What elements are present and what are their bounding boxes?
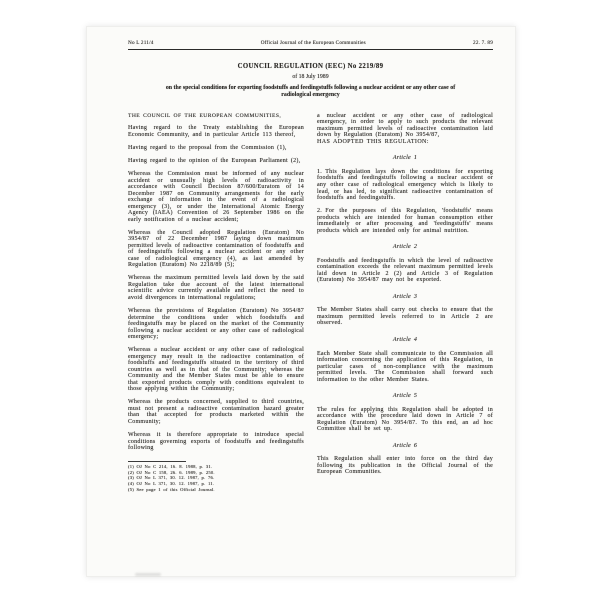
recital-paragraph: Whereas the maximum permitted levels lai… (128, 275, 304, 301)
recital-paragraph: Whereas the provisions of Regulation (Eu… (128, 308, 304, 341)
article-paragraph: This Regulation shall enter into force o… (317, 456, 493, 476)
recital-paragraph: Whereas a nuclear accident or any other … (128, 347, 304, 393)
running-header: No L 211/4 Official Journal of the Europ… (128, 40, 493, 46)
header-rule (128, 49, 493, 50)
article-3: Article 3 The Member States shall carry … (317, 294, 493, 327)
article-heading: Article 1 (317, 155, 493, 162)
body-columns: THE COUNCIL OF THE EUROPEAN COMMUNITIES,… (128, 113, 493, 492)
regulation-date: of 18 July 1989 (128, 74, 493, 80)
preamble-opening: THE COUNCIL OF THE EUROPEAN COMMUNITIES, (128, 113, 304, 119)
article-5: Article 5 The rules for applying this Re… (317, 393, 493, 433)
right-column: a nuclear accident or any other case of … (317, 113, 493, 492)
article-heading: Article 6 (317, 443, 493, 450)
footnote-block: (1) OJ No C 214, 16. 8. 1988, p. 31. (2)… (128, 461, 304, 492)
article-2: Article 2 Foodstuffs and feedingstuffs i… (317, 244, 493, 284)
footnote-item: (5) See page 1 of this Official Journal. (128, 487, 304, 493)
footnote-rule (128, 461, 186, 462)
recital-paragraph: Whereas the Commission must be informed … (128, 171, 304, 223)
citation-paragraph: Having regard to the opinion of the Euro… (128, 158, 304, 165)
citation-paragraph: Having regard to the proposal from the C… (128, 145, 304, 152)
scanned-journal-page: No L 211/4 Official Journal of the Europ… (86, 26, 516, 577)
screenshot-canvas: No L 211/4 Official Journal of the Europ… (0, 0, 600, 600)
article-4: Article 4 Each Member State shall commun… (317, 337, 493, 383)
article-paragraph: Foodstuffs and feedingstuffs in which th… (317, 258, 493, 284)
header-date: 22. 7. 89 (473, 40, 493, 46)
journal-title: Official Journal of the European Communi… (154, 40, 473, 46)
article-paragraph: The rules for applying this Regulation s… (317, 407, 493, 433)
article-1: Article 1 1. This Regulation lays down t… (317, 155, 493, 234)
page-content: No L 211/4 Official Journal of the Europ… (128, 40, 493, 492)
article-paragraph: Each Member State shall communicate to t… (317, 351, 493, 384)
scan-artifact (135, 573, 161, 576)
title-block: COUNCIL REGULATION (EEC) No 2219/89 of 1… (128, 63, 493, 100)
article-heading: Article 2 (317, 244, 493, 251)
article-heading: Article 5 (317, 393, 493, 400)
left-column: THE COUNCIL OF THE EUROPEAN COMMUNITIES,… (128, 113, 304, 492)
recital-continuation: a nuclear accident or any other case of … (317, 113, 493, 139)
issue-number: No L 211/4 (128, 40, 154, 46)
article-6: Article 6 This Regulation shall enter in… (317, 443, 493, 476)
recital-paragraph: Whereas the products concerned, supplied… (128, 399, 304, 425)
article-paragraph: 1. This Regulation lays down the conditi… (317, 169, 493, 202)
article-paragraph: 2. For the purposes of this Regulation, … (317, 208, 493, 234)
article-paragraph: The Member States shall carry out checks… (317, 307, 493, 327)
recital-paragraph: Whereas it is therefore appropriate to i… (128, 432, 304, 452)
article-heading: Article 4 (317, 337, 493, 344)
article-heading: Article 3 (317, 294, 493, 301)
regulation-title: COUNCIL REGULATION (EEC) No 2219/89 (128, 63, 493, 70)
enacting-formula: HAS ADOPTED THIS REGULATION: (317, 139, 493, 146)
citation-paragraph: Having regard to the Treaty establishing… (128, 125, 304, 138)
regulation-subtitle: on the special conditions for exporting … (155, 85, 467, 100)
recital-paragraph: Whereas the Council adopted Regulation (… (128, 230, 304, 269)
